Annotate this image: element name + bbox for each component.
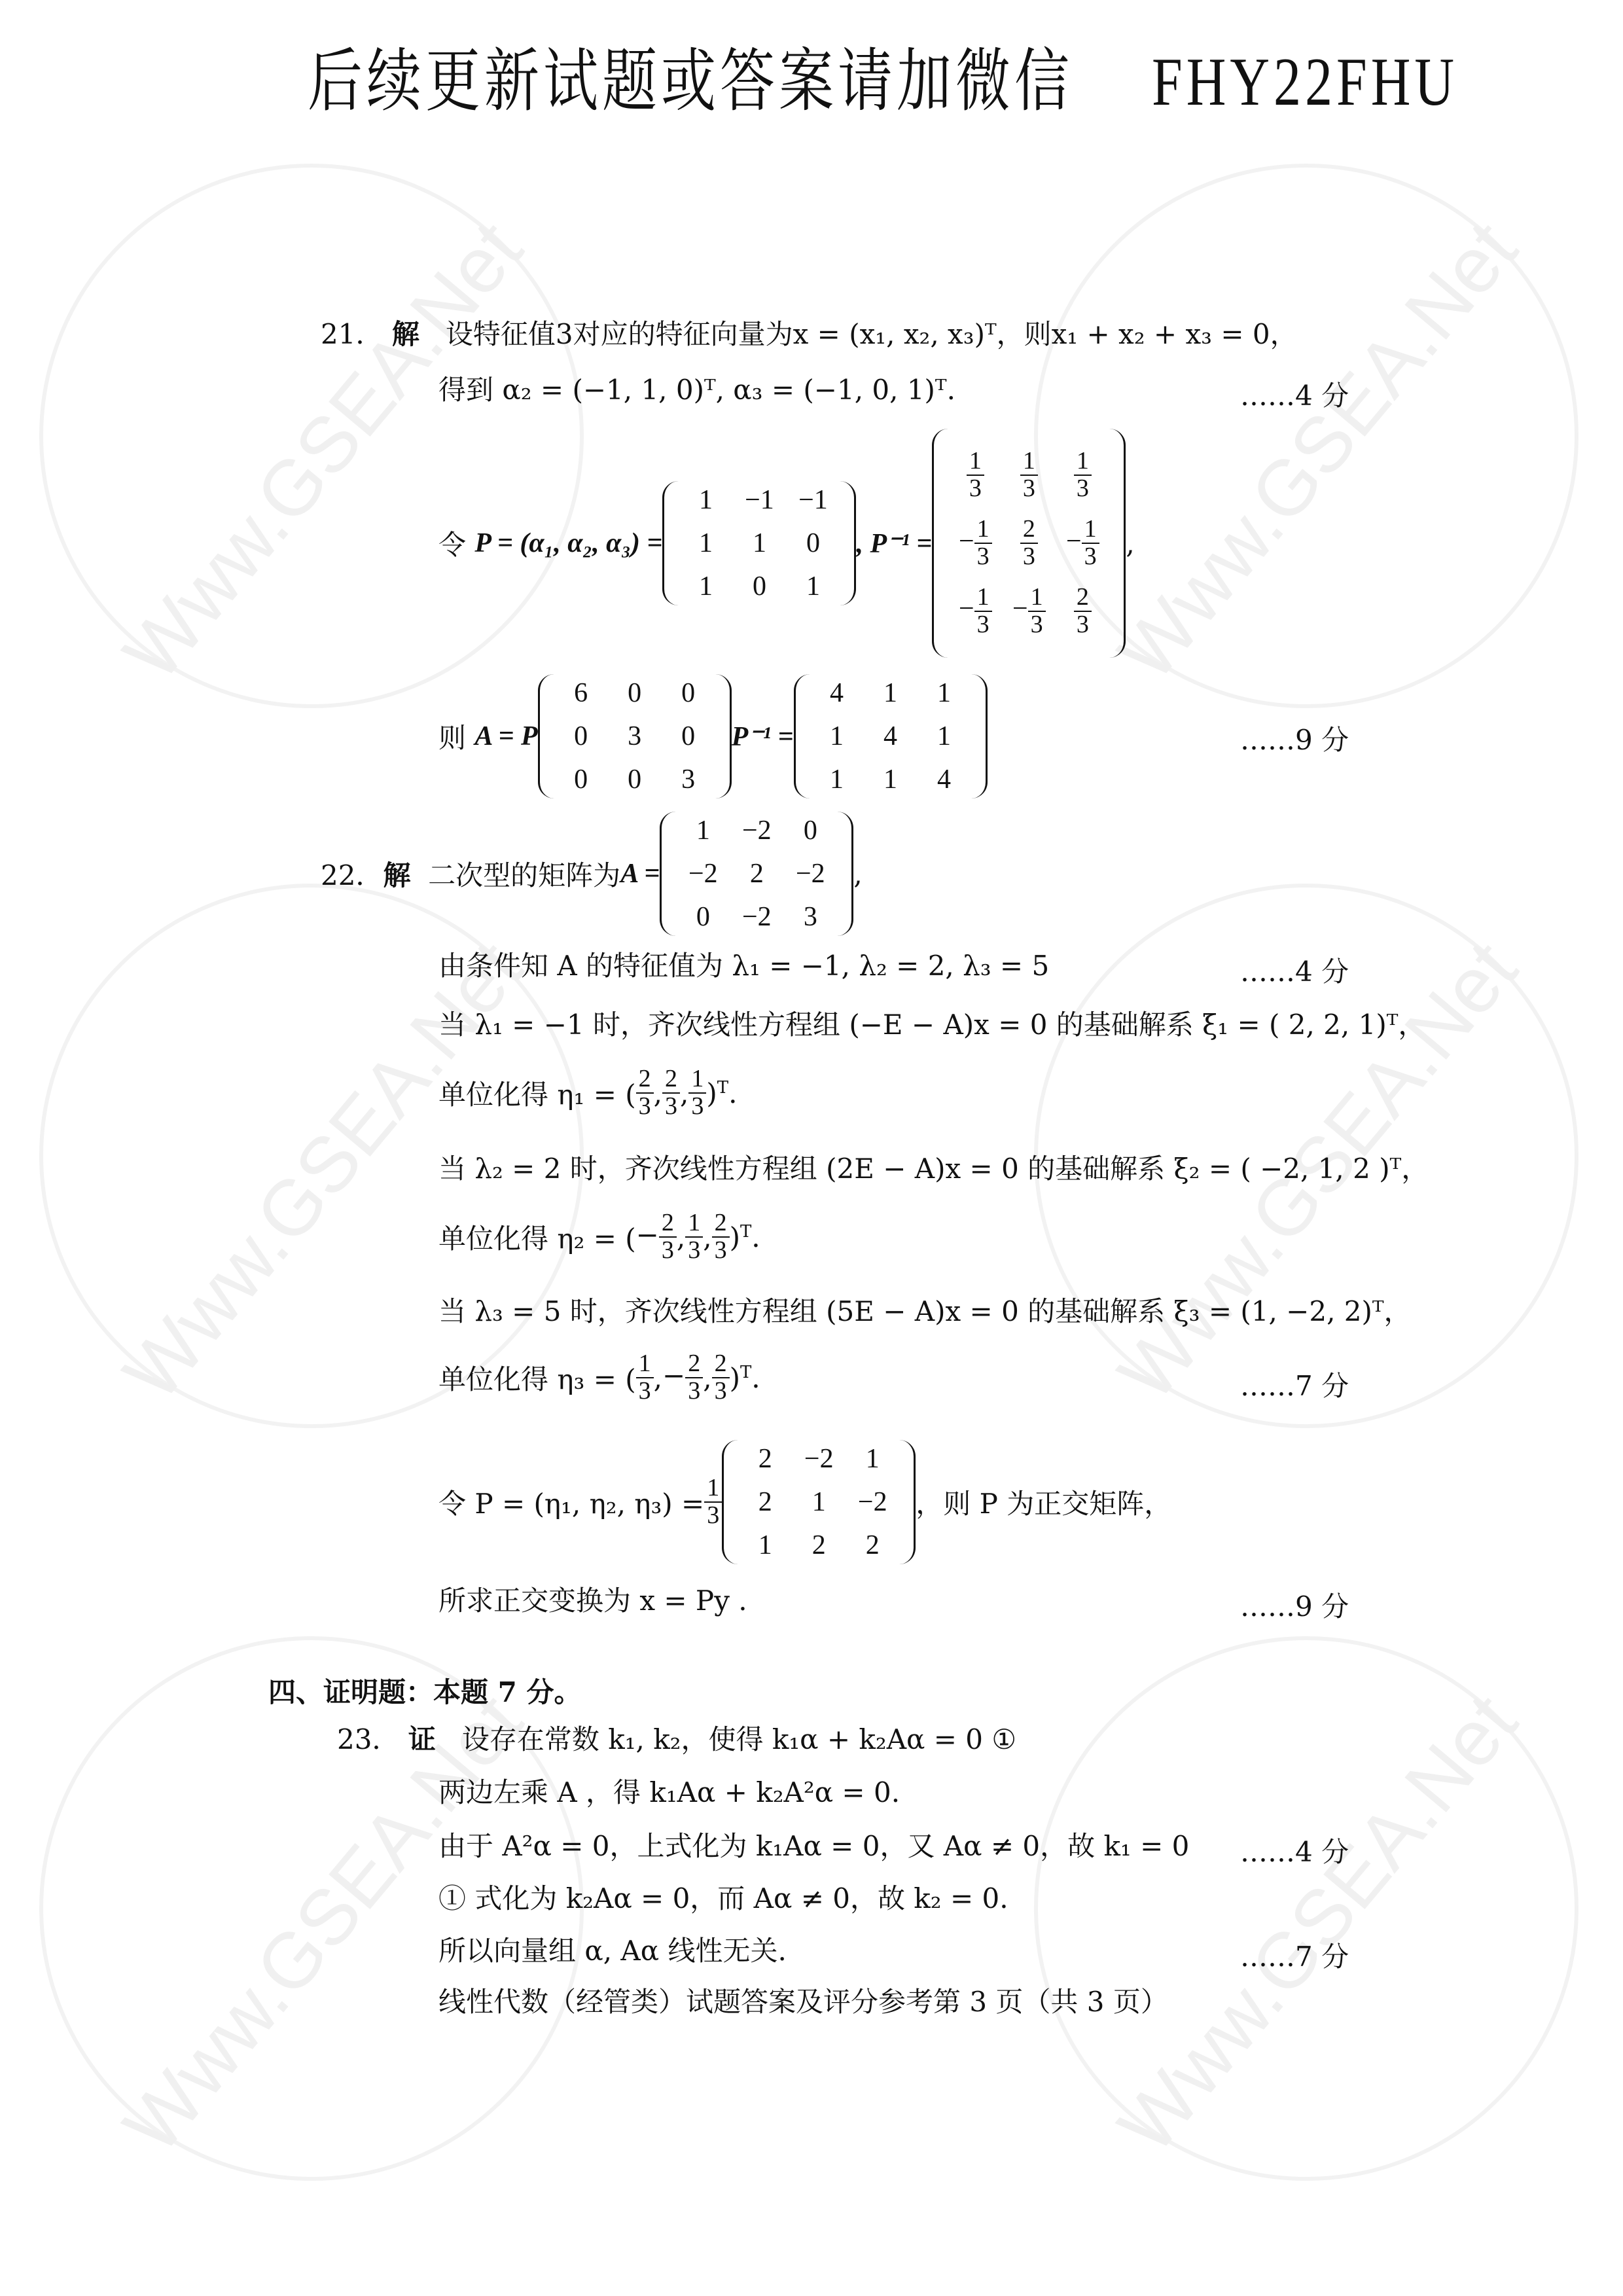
matrix-cell: 1	[918, 677, 971, 709]
matrix-cell: −2	[846, 1486, 899, 1518]
matrix-cell: 0	[676, 901, 730, 933]
matrix-cell: −2	[792, 1443, 846, 1475]
P-def: P = (α₁, α₂, α₃) =	[474, 528, 662, 559]
eta3-prefix: 单位化得 η₃ = (	[438, 1358, 636, 1397]
A-eq: A = P	[474, 721, 537, 752]
matrix-cell: 2	[730, 858, 783, 889]
q23-text1: 设存在常数 k₁, k₂，使得 k₁α + k₂Aα = 0 ①	[462, 1723, 1016, 1755]
q22-P-definition: 令 P = (η₁, η₂, η₃) = 13 2−2121−2122 ，则 P…	[438, 1440, 1171, 1564]
matrix-cell: −13	[1002, 584, 1056, 638]
matrix-cell: 3	[783, 901, 837, 933]
q23-label: 23．	[337, 1723, 399, 1755]
q22-P-after: ，则 P 为正交矩阵，	[916, 1482, 1171, 1522]
q21-eq: x = (x₁, x₂, x₃)ᵀ	[793, 318, 997, 350]
then-text: 则	[438, 717, 466, 756]
matrix-cell: 1	[676, 815, 730, 846]
matrix-cell: 1	[810, 721, 864, 752]
q22-label: 22．	[321, 854, 383, 893]
matrix-cell: 6	[554, 677, 608, 709]
matrix-cell: −2	[730, 901, 783, 933]
matrix-cell: −2	[676, 858, 730, 889]
matrix-cell: 1	[679, 484, 732, 516]
matrix-cell: 2	[792, 1530, 846, 1561]
q22-score-2: ……7 分	[1240, 1365, 1349, 1404]
Pinv-matrix: 131313−1323−13−13−1323	[932, 429, 1126, 658]
matrix-cell: 23	[1002, 516, 1056, 570]
section4-heading: 四、证明题：本题 7 分。	[268, 1679, 581, 1706]
q21-then: ，则	[997, 318, 1052, 350]
matrix-cell: −1	[732, 484, 786, 516]
matrix-cell: −2	[783, 858, 837, 889]
q22-text: 二次型的矩阵为	[428, 854, 620, 893]
q22-line3: 当 λ₁ = −1 时，齐次线性方程组 (−E − A)x = 0 的基础解系 …	[438, 1011, 1425, 1039]
banner-text: 后续更新试题或答案请加微信	[308, 41, 1073, 122]
matrix-cell: 3	[608, 721, 662, 752]
matrix-cell: 0	[662, 721, 715, 752]
q22-eta3: 单位化得 η₃ = (13,−23,23)T.	[438, 1342, 760, 1414]
matrix-cell: 0	[554, 721, 608, 752]
matrix-cell: 13	[948, 448, 1002, 502]
q23-line3: 由于 A²α = 0，上式化为 k₁Aα = 0，又 Aα ≠ 0，故 k₁ =…	[438, 1833, 1189, 1860]
eta2-prefix: 单位化得 η₂ = (	[438, 1217, 636, 1257]
matrix-cell: 2	[738, 1486, 792, 1518]
matrix-cell: 1	[810, 764, 864, 795]
q22-line7: 当 λ₃ = 5 时，齐次线性方程组 (5E − A)x = 0 的基础解系 ξ…	[438, 1298, 1412, 1325]
matrix-cell: 13	[1002, 448, 1056, 502]
q21-line2: 得到 α₂ = (−1, 1, 0)ᵀ, α₃ = (−1, 0, 1)ᵀ.	[438, 376, 955, 404]
matrix-cell: 1	[786, 571, 840, 602]
matrix-cell: 1	[732, 528, 786, 559]
q23-line5: 所以向量组 α, Aα 线性无关.	[438, 1937, 787, 1965]
q22-P-matrix: 2−2121−2122	[722, 1440, 916, 1564]
matrix-cell: 4	[918, 764, 971, 795]
matrix-cell: 1	[864, 764, 918, 795]
banner-code: FHY22FHU	[1152, 45, 1458, 120]
A-matrix: 411141114	[794, 674, 988, 798]
matrix-cell: 1	[679, 528, 732, 559]
q21-score-2: ……9 分	[1240, 719, 1349, 758]
q22-let: 令 P = (η₁, η₂, η₃) =	[438, 1482, 704, 1522]
matrix-cell: 0	[554, 764, 608, 795]
matrix-cell: 0	[608, 764, 662, 795]
q22-score-3: ……9 分	[1240, 1585, 1349, 1624]
Pinv-eq: P⁻¹ =	[732, 720, 794, 753]
q22-line1: 22． 解 二次型的矩阵为 A = 1−20−22−20−23 ,	[321, 812, 863, 936]
page-footer: 线性代数（经管类）试题答案及评分参考第 3 页（共 3 页）	[438, 1988, 1168, 2016]
q22-score-1: ……4 分	[1240, 950, 1349, 990]
q21-A-result: 则 A = P 600030003 P⁻¹ = 411141114	[438, 674, 988, 798]
matrix-cell: −1	[786, 484, 840, 516]
matrix-cell: 0	[786, 528, 840, 559]
matrix-cell: 0	[662, 677, 715, 709]
q22-eta2: 单位化得 η₂ = (−23,13,23)T.	[438, 1201, 760, 1273]
document-page: Www.GSEA.Net Www.GSEA.Net Www.GSEA.Net W…	[0, 0, 1623, 2296]
matrix-cell: 3	[662, 764, 715, 795]
q23-line4: ① 式化为 k₂Aα = 0，而 Aα ≠ 0，故 k₂ = 0.	[438, 1885, 1008, 1912]
q21-P-definition: 令 P = (α₁, α₂, α₃) = 1−1−1110101 , P⁻¹ =…	[438, 425, 1135, 661]
q22-A-matrix: 1−20−22−20−23	[660, 812, 853, 936]
q21-tag: 解	[392, 318, 419, 350]
matrix-cell: −13	[948, 584, 1002, 638]
matrix-cell: 1	[679, 571, 732, 602]
matrix-cell: 1	[792, 1486, 846, 1518]
matrix-cell: 13	[1056, 448, 1109, 502]
matrix-cell: −2	[730, 815, 783, 846]
matrix-cell: 2	[846, 1530, 899, 1561]
q21-label: 21．	[321, 318, 383, 350]
q21-text: 设特征值3对应的特征向量为	[446, 318, 793, 350]
matrix-cell: 1	[846, 1443, 899, 1475]
matrix-cell: 1	[918, 721, 971, 752]
q23-tag: 证	[408, 1723, 436, 1755]
D-matrix: 600030003	[538, 674, 732, 798]
matrix-cell: 0	[783, 815, 837, 846]
matrix-cell: 0	[608, 677, 662, 709]
q23-score-1: ……4 分	[1240, 1831, 1349, 1870]
q22-eta1: 单位化得 η₁ = (23,23,13)T.	[438, 1057, 737, 1129]
P-scale: 13	[704, 1475, 722, 1529]
q23-line1: 23． 证 设存在常数 k₁, k₂，使得 k₁α + k₂Aα = 0 ①	[337, 1726, 1016, 1753]
matrix-cell: 4	[810, 677, 864, 709]
matrix-cell: 1	[864, 677, 918, 709]
q21-eq2: x₁ + x₂ + x₃ = 0，	[1052, 318, 1298, 350]
matrix-cell: 1	[738, 1530, 792, 1561]
Pinv-label: , P⁻¹ =	[856, 527, 932, 560]
matrix-cell: −13	[948, 516, 1002, 570]
banner: 后续更新试题或答案请加微信FHY22FHU	[308, 26, 1458, 125]
eta1-prefix: 单位化得 η₁ = (	[438, 1073, 636, 1113]
q22-line2: 由条件知 A 的特征值为 λ₁ = −1, λ₂ = 2, λ₃ = 5	[438, 952, 1049, 980]
matrix-cell: 0	[732, 571, 786, 602]
q21-score-1: ……4 分	[1240, 374, 1349, 414]
q22-line10: 所求正交变换为 x = Py .	[438, 1587, 747, 1615]
matrix-cell: −13	[1056, 516, 1109, 570]
q21-line1: 21． 解 设特征值3对应的特征向量为x = (x₁, x₂, x₃)ᵀ，则x₁…	[321, 321, 1298, 348]
let-text: 令	[438, 524, 466, 563]
matrix-cell: 4	[864, 721, 918, 752]
q23-line2: 两边左乘 A ，得 k₁Aα + k₂A²α = 0.	[438, 1779, 900, 1806]
P-matrix: 1−1−1110101	[662, 481, 856, 605]
q23-score-2: ……7 分	[1240, 1935, 1349, 1975]
q22-tag: 解	[383, 854, 410, 893]
matrix-cell: 23	[1056, 584, 1109, 638]
matrix-cell: 2	[738, 1443, 792, 1475]
q22-eq: A =	[620, 858, 660, 889]
q22-line5: 当 λ₂ = 2 时，齐次线性方程组 (2E − A)x = 0 的基础解系 ξ…	[438, 1155, 1429, 1183]
